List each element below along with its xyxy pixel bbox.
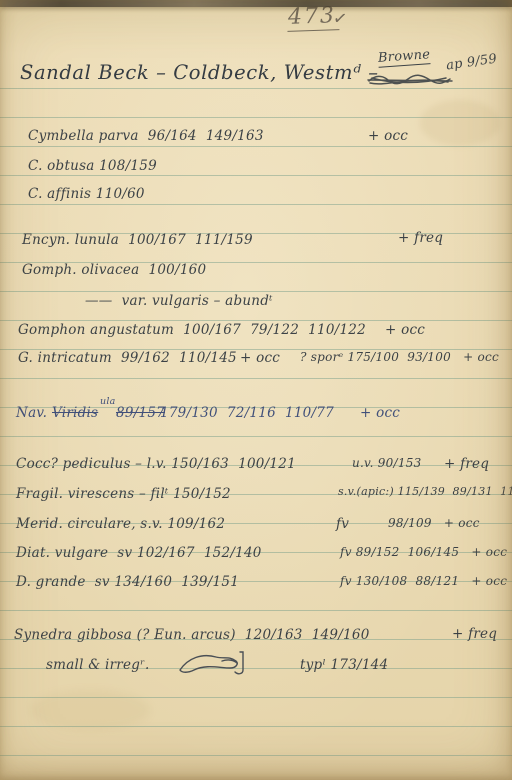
spore-measurement: ? sporᵉ 175/100 93/100 + occ [300, 350, 499, 364]
struck-measurement: 89/157 [116, 405, 165, 421]
measurement-and-abundance: fv 89/152 106/145 + occ [340, 545, 507, 559]
species-text: Synedra gibbosa (? Eun. arcus) 120/163 1… [14, 627, 370, 643]
species-text: Gomph. olivacea 100/160 [22, 262, 206, 278]
struck-out-word [366, 72, 454, 90]
face-view-label: fv [336, 516, 349, 532]
index-card: 473 ✓ Sandal Beck – Coldbeck, Westmᵈ – B… [0, 0, 512, 780]
species-text: Gomphon angustatum 100/167 79/122 110/12… [18, 322, 366, 338]
check-mark: ✓ [332, 8, 349, 30]
side-view-measurements: s.v.(apic:) 115/139 89/131 110/122 [338, 485, 512, 498]
abundance-note: + freq [452, 626, 497, 642]
abundance-note: + freq [398, 230, 443, 246]
species-text: Encyn. lunula 100/167 111/159 [22, 232, 253, 248]
species-text: C. obtusa 108/159 [28, 158, 157, 174]
abundance-note: + occ [360, 405, 400, 421]
descriptive-note: small & irregʳ. [46, 657, 150, 673]
species-text: G. intricatum 99/162 110/145 [18, 350, 237, 366]
genus-text: Nav. [16, 405, 47, 421]
collector-annotation: Browne [377, 47, 430, 68]
species-text: D. grande sv 134/160 139/151 [16, 574, 239, 590]
scan-top-edge [0, 0, 512, 7]
diatom-sketch [176, 648, 266, 682]
typical-measurement: typˡ 173/144 [300, 657, 388, 673]
species-text: Merid. circulare, s.v. 109/162 [16, 516, 225, 532]
abundance-note: + occ [368, 128, 408, 144]
species-text: Fragil. virescens – filᵗ 150/152 [16, 486, 231, 502]
measurement-and-abundance: 98/109 + occ [388, 516, 480, 530]
species-text: Diat. vulgare sv 102/167 152/140 [16, 545, 262, 561]
abundance-note: + occ [240, 350, 280, 366]
paper-stain [30, 690, 150, 730]
species-text: C. affinis 110/60 [28, 186, 145, 202]
paper-stain [420, 100, 500, 146]
species-text: Cocc? pediculus – l.v. 150/163 100/121 [16, 456, 296, 472]
abundance-note: + freq [444, 456, 489, 472]
variety-note: —— var. vulgaris – abundᵗ [85, 293, 273, 309]
date-annotation: ap 9/59 [445, 52, 498, 74]
correction-superscript: ula [100, 396, 116, 407]
struck-species-name: Viridis [52, 405, 98, 421]
measurements: 179/130 72/116 110/77 [160, 405, 334, 421]
species-text: Cymbella parva 96/164 149/163 [28, 128, 264, 144]
page-title: Sandal Beck – Coldbeck, Westmᵈ – [20, 61, 379, 84]
abundance-note: + occ [385, 322, 425, 338]
upper-valve-measurement: u.v. 90/153 [352, 456, 422, 470]
measurement-and-abundance: fv 130/108 88/121 + occ [340, 574, 507, 588]
